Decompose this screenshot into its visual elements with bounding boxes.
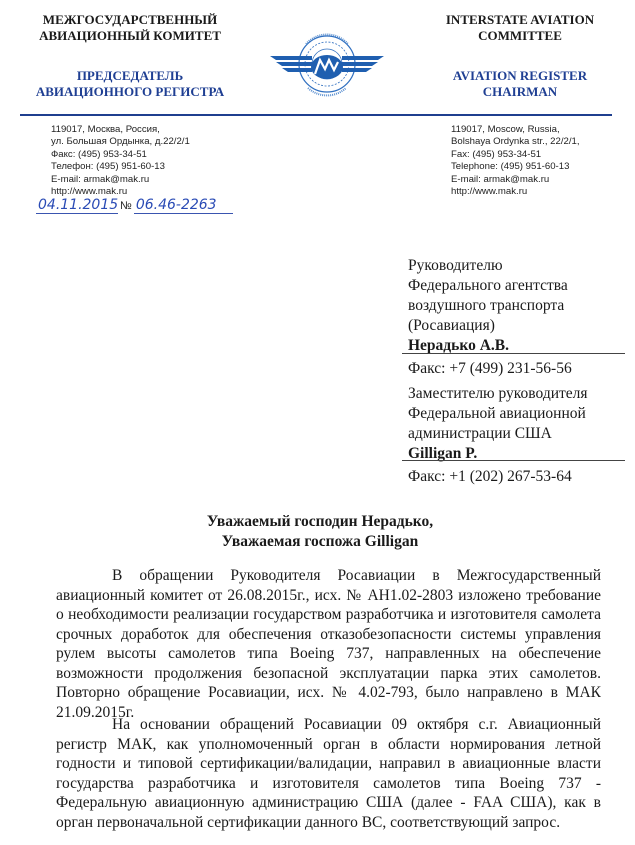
body-paragraph-2: На основании обращений Росавиации 09 окт… [56,715,601,832]
mak-winged-emblem-icon [268,22,386,104]
recipient-title-line: Федерального агентства [408,276,623,296]
salutation-line-1: Уважаемый господин Нерадько, [150,512,490,532]
recipient-title-line: Заместителю руководителя [408,384,628,404]
org-line-2: COMMITTEE [420,28,620,44]
header-position-ru: ПРЕДСЕДАТЕЛЬ АВИАЦИОННОГО РЕГИСТРА [30,68,230,100]
recipient-fax: Факс: +7 (499) 231-56-56 [408,359,623,379]
recipient-title-line: (Росавиация) [408,316,623,336]
header-org-name-en: INTERSTATE AVIATION COMMITTEE [420,12,620,44]
paragraph-text: На основании обращений Росавиации 09 окт… [56,716,601,831]
header-divider [20,114,612,116]
mak-logo [268,22,386,104]
recipient-block-1: Руководителю Федерального агентства возд… [408,256,623,379]
recipient-1-divider [402,353,625,354]
paragraph-text: В обращении Руководителя Росавиации в Ме… [56,567,601,721]
address-line: 119017, Москва, Россия, [51,124,271,136]
salutation: Уважаемый господин Нерадько, Уважаемая г… [150,512,490,552]
salutation-line-2: Уважаемая госпожа Gilligan [150,532,490,552]
address-line: 119017, Moscow, Russia, [451,124,631,136]
recipient-title-line: администрации США [408,424,628,444]
address-en: 119017, Moscow, Russia, Bolshaya Ordynka… [451,124,631,198]
address-line: ул. Большая Ордынка, д.22/2/1 [51,136,271,148]
org-line-1: МЕЖГОСУДАРСТВЕННЫЙ [30,12,230,28]
org-line-2: АВИАЦИОННЫЙ КОМИТЕТ [30,28,230,44]
email-link[interactable]: E-mail: armak@mak.ru [451,174,631,186]
registration-date: 04.11.2015 [36,197,118,214]
phone-line: Telephone: (495) 951-60-13 [451,161,631,173]
fax-line: Fax: (495) 953-34-51 [451,149,631,161]
registration-number: 06.46-2263 [134,197,233,214]
header-org-name-ru: МЕЖГОСУДАРСТВЕННЫЙ АВИАЦИОННЫЙ КОМИТЕТ [30,12,230,44]
recipient-block-2: Заместителю руководителя Федеральной ави… [408,384,628,487]
registration-stamp: 04.11.2015№06.46-2263 [36,196,296,214]
recipient-title-line: Федеральной авиационной [408,404,628,424]
website-link[interactable]: http://www.mak.ru [451,186,631,198]
address-line: Bolshaya Ordynka str., 22/2/1, [451,136,631,148]
position-line-2: АВИАЦИОННОГО РЕГИСТРА [30,84,230,100]
recipient-title-line: воздушного транспорта [408,296,623,316]
org-line-1: INTERSTATE AVIATION [420,12,620,28]
position-line-2: CHAIRMAN [420,84,620,100]
position-line-1: AVIATION REGISTER [420,68,620,84]
recipient-title-line: Руководителю [408,256,623,276]
recipient-fax: Факс: +1 (202) 267-53-64 [408,467,628,487]
email-link[interactable]: E-mail: armak@mak.ru [51,174,271,186]
number-sign: № [120,200,132,212]
phone-line: Телефон: (495) 951-60-13 [51,161,271,173]
body-paragraph-1: В обращении Руководителя Росавиации в Ме… [56,566,601,722]
position-line-1: ПРЕДСЕДАТЕЛЬ [30,68,230,84]
recipient-name: Gilligan P. [408,444,628,464]
recipient-2-divider [402,460,625,461]
fax-line: Факс: (495) 953-34-51 [51,149,271,161]
header-position-en: AVIATION REGISTER CHAIRMAN [420,68,620,100]
address-ru: 119017, Москва, Россия, ул. Большая Орды… [51,124,271,198]
